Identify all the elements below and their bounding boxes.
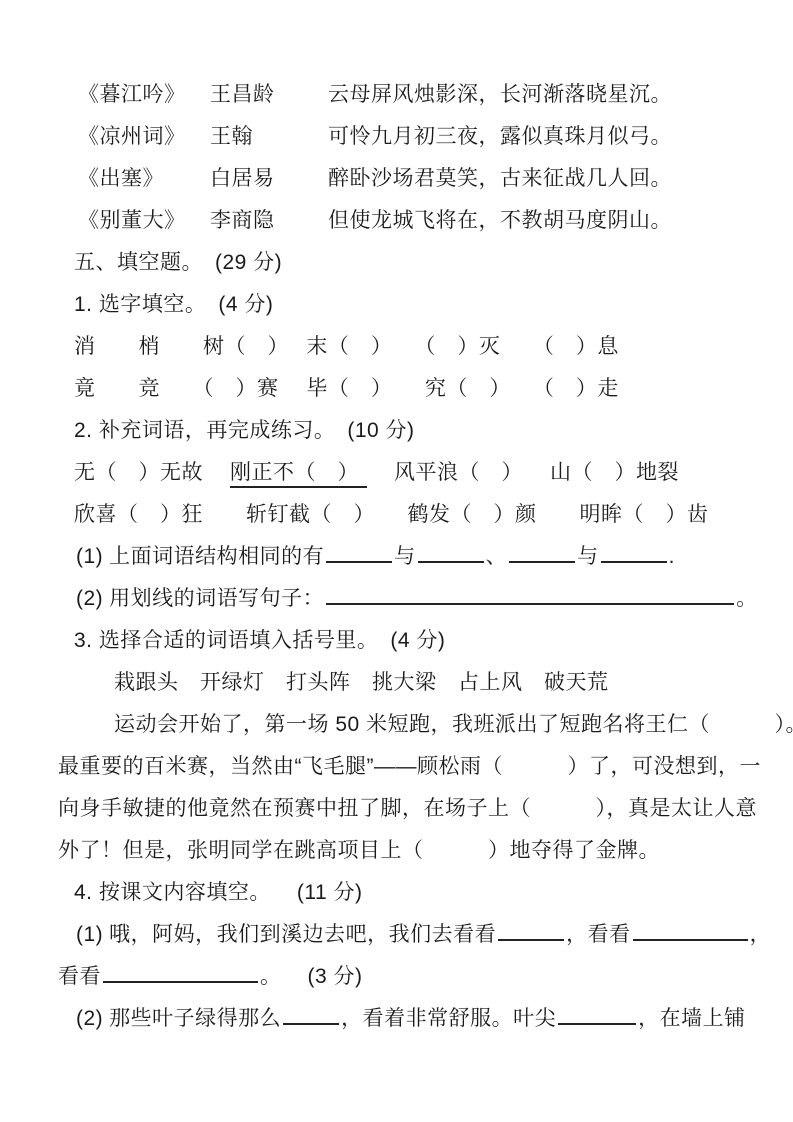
q4-sub2-line: (2)那些叶子绿得那么，看着非常舒服。叶尖，在墙上铺 [76,998,749,1040]
q4-sub2-text: ，看着非常舒服。叶尖 [341,1007,556,1030]
q3-points: (4 分) [390,629,445,652]
poem-verse: 云母屏风烛影深，长河渐落晓星沉。 [328,74,749,116]
q1-heading: 1. 选字填空。(4 分) [74,284,749,326]
q4-points: (11 分) [297,881,363,904]
poem-title: 《出塞》 [78,158,210,200]
q3-paragraph-line: 向身手敏捷的他竟然在预赛中扭了脚，在场子上（ ），真是太让人意 [58,788,749,830]
q2-sub2-text: 用划线的词语写句子： [109,587,324,610]
q4-sub1-line1: (1)哦，阿妈，我们到溪边去吧，我们去看看，看看， [76,914,749,956]
q2-sub1-conj: 与 [577,545,599,568]
worksheet-page: 《暮江吟》 王昌龄 云母屏风烛影深，长河渐落晓星沉。 《凉州词》 王翰 可怜九月… [0,0,793,1122]
poet-name: 李商隐 [210,200,328,242]
q4-sub1-line2: 看看。(3 分) [58,956,749,998]
q2-points: (10 分) [347,419,414,442]
q3-heading: 3. 选择合适的词语填入括号里。(4 分) [74,620,749,662]
q1-row2: 竟 竞 （ ）赛 毕（ ） 究（ ） （ ）走 [74,368,749,410]
idiom-item: 风平浪（ ） [394,461,523,484]
q4-sub2-text: ，在墙上铺 [638,1007,746,1030]
poem-match-row: 《暮江吟》 王昌龄 云母屏风烛影深，长河渐落晓星沉。 [78,74,749,116]
poem-match-row: 《凉州词》 王翰 可怜九月初三夜，露似真珠月似弓。 [78,116,749,158]
item-number: (2) [76,1007,103,1030]
item-number: (1) [76,545,103,568]
q4-title: 4. 按课文内容填空。 [74,881,271,904]
q4-sub2-text: 那些叶子绿得那么 [109,1007,281,1030]
q4-sub1-text: 看看 [58,965,101,988]
poet-name: 王翰 [210,116,328,158]
q2-heading: 2. 补充词语，再完成练习。(10 分) [74,410,749,452]
q1-title: 1. 选字填空。 [74,293,206,316]
q2-sub1-text: 上面词语结构相同的有 [109,545,324,568]
q4-sub1-text: ， [750,923,772,946]
poem-match-row: 《别董大》 李商隐 但使龙城飞将在，不教胡马度阴山。 [78,200,749,242]
poet-name: 白居易 [210,158,328,200]
section-five-heading: 五、填空题。(29 分) [74,242,749,284]
poem-match-row: 《出塞》 白居易 醉卧沙场君莫笑，古来征战几人回。 [78,158,749,200]
section-points: (29 分) [215,251,282,274]
answer-blank [326,558,392,563]
poet-name: 王昌龄 [210,74,328,116]
item-number: (1) [76,923,103,946]
answer-blank [326,600,734,605]
q2-sub1-pause: 、 [486,545,508,568]
q4-sub1-text: 哦，阿妈，我们到溪边去吧，我们去看看 [109,923,496,946]
q2-sub2: (2)用划线的词语写句子：。 [76,578,749,620]
q4-heading: 4. 按课文内容填空。(11 分) [74,872,749,914]
q4-sub1-end: 。 [260,965,282,988]
answer-blank [418,558,484,563]
q2-sub1-end: . [669,545,675,568]
answer-blank [633,936,748,941]
answer-blank [283,1020,339,1025]
q4-sub1-points: (3 分) [308,965,363,988]
q2-sub2-end: 。 [736,587,758,610]
answer-blank [103,978,258,983]
answer-blank [601,558,667,563]
q3-title: 3. 选择合适的词语填入括号里。 [74,629,378,652]
answer-blank [498,936,564,941]
section-title: 五、填空题。 [74,251,203,274]
idiom-item: 山（ ）地裂 [550,461,679,484]
idiom-item: 无（ ）无故 [74,461,203,484]
idiom-item-underlined: 刚正不（ ） [230,461,367,488]
q1-points: (4 分) [218,293,273,316]
poem-title: 《凉州词》 [78,116,210,158]
q2-sub1-conj: 与 [394,545,416,568]
answer-blank [509,558,575,563]
poem-verse: 醉卧沙场君莫笑，古来征战几人回。 [328,158,749,200]
q3-paragraph-line: 运动会开始了，第一场 50 米短跑，我班派出了短跑名将王仁（ ）。 [114,704,749,746]
poem-verse: 但使龙城飞将在，不教胡马度阴山。 [328,200,749,242]
q3-paragraph-line: 外了！但是，张明同学在跳高项目上（ ）地夺得了金牌。 [58,830,749,872]
answer-blank [558,1020,636,1025]
poem-title: 《暮江吟》 [78,74,210,116]
q1-row1: 消 梢 树（ ） 末（ ） （ ）灭 （ ）息 [74,326,749,368]
q3-paragraph-line: 最重要的百米赛，当然由“飞毛腿”——顾松雨（ ）了，可没想到，一 [58,746,749,788]
poem-verse: 可怜九月初三夜，露似真珠月似弓。 [328,116,749,158]
item-number: (2) [76,587,103,610]
poem-title: 《别董大》 [78,200,210,242]
q2-title: 2. 补充词语，再完成练习。 [74,419,335,442]
q2-idiom-row1: 无（ ）无故刚正不（ ）风平浪（ ）山（ ）地裂 [74,452,749,494]
q4-sub1-text: ，看看 [566,923,631,946]
q2-idiom-row2: 欣喜（ ）狂 斩钉截（ ） 鹤发（ ）颜 明眸（ ）齿 [74,494,749,536]
q3-word-bank: 栽跟头 开绿灯 打头阵 挑大梁 占上风 破天荒 [114,662,749,704]
q2-sub1: (1)上面词语结构相同的有与、与. [76,536,749,578]
